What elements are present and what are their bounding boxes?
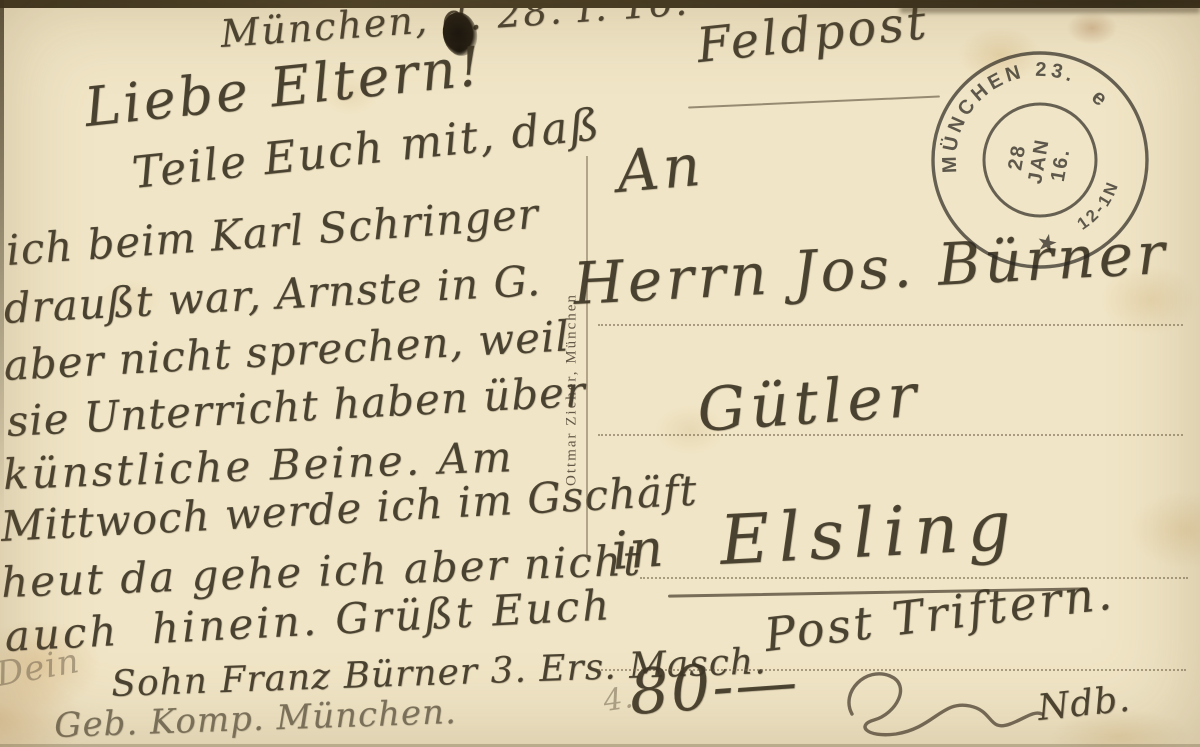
address-place: Elsling xyxy=(718,486,1022,581)
signature-flourish xyxy=(838,662,1048,747)
address-region: Ndb. xyxy=(1036,678,1133,729)
postmark-date: 28 JAN 16. xyxy=(1003,133,1076,190)
feldpost-underline xyxy=(688,96,940,109)
center-divider-line xyxy=(586,156,588,558)
address-in-prefix: in xyxy=(610,519,666,582)
address-house-number: 80-— xyxy=(627,644,802,729)
address-post-office: Post Triftern. xyxy=(761,566,1117,662)
postmark-year: 16. xyxy=(1047,146,1075,183)
an-label: An xyxy=(614,131,707,206)
postmark-letter: e xyxy=(1087,84,1112,111)
postmark-star: ★ xyxy=(1034,227,1061,259)
scan-edge-top-right xyxy=(900,6,1200,13)
address-dotted-line xyxy=(598,324,1183,326)
scan-edge-left xyxy=(0,0,4,520)
postcard-back: München, d. 28. I. 16. Liebe Eltern! Tei… xyxy=(0,0,1200,747)
postmark-time-text: 12-1N xyxy=(1074,177,1123,233)
postmark-stamp: MÜNCHEN 23. e 12-1N ★ 28 JAN 16. xyxy=(925,45,1155,275)
address-dotted-line xyxy=(598,434,1183,436)
feldpost-label: Feldpost xyxy=(694,0,931,74)
